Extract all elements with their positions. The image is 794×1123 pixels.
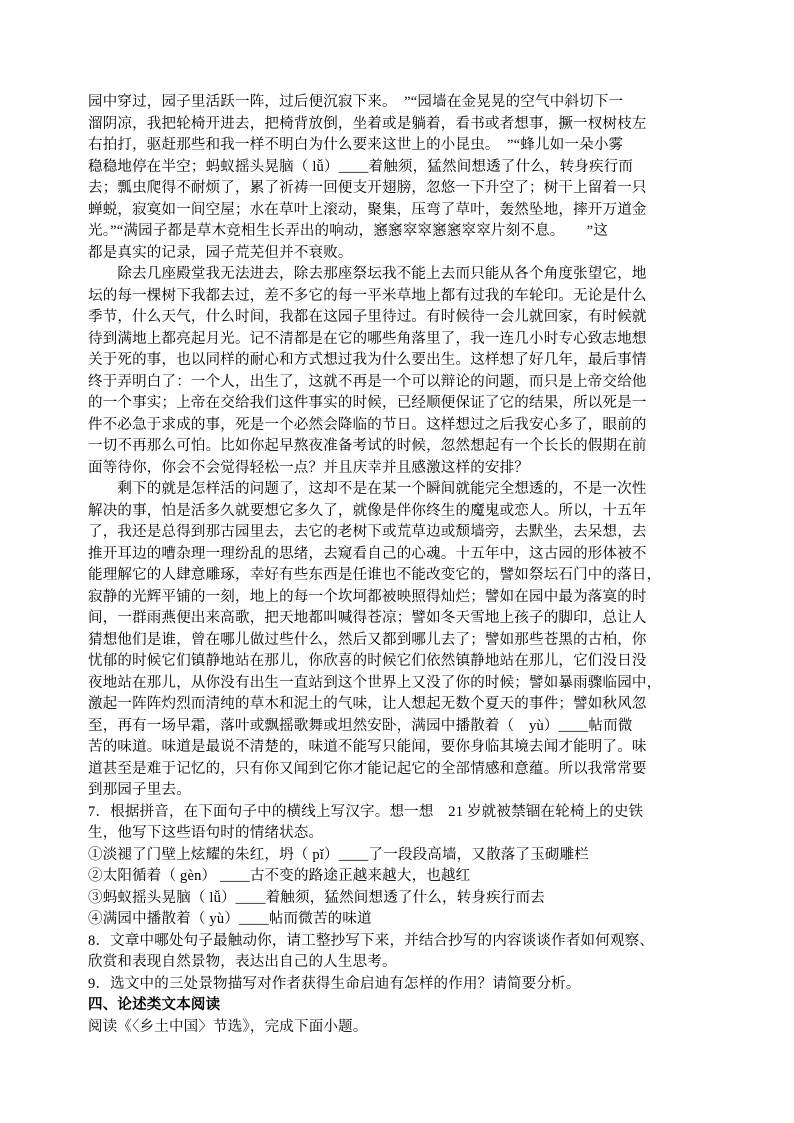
text-line: 间，一群雨燕便出来高歌，把天地都叫喊得苍凉；譬如冬天雪地上孩子的脚印，总让人 bbox=[88, 608, 728, 630]
section-intro: 阅读《〈乡土中国〉节选》，完成下面小题。 bbox=[88, 1017, 728, 1039]
text-line: 面等待你，你会不会觉得轻松一点？并且庆幸并且感激这样的安排？ bbox=[88, 458, 728, 480]
text-line: 7．根据拼音，在下面句子中的横线上写汉字。想一想 21 岁就被禁锢在轮椅上的史铁 bbox=[88, 802, 728, 824]
text-line: 待到满地上都亮起月光。记不清都是在它的哪些角落里了，我一连几小时专心致志地想 bbox=[88, 329, 728, 351]
question-7-items: ①淡褪了门壁上炫耀的朱红，坍（ pǐ）____了一段段高墙，又散落了玉砌雕栏②太… bbox=[88, 845, 728, 931]
text-line: 猜想他们是谁，曾在哪儿做过些什么，然后又都到哪儿去了；譬如那些苍黑的古柏，你 bbox=[88, 630, 728, 652]
text-line: 推开耳边的嘈杂理一理纷乱的思绪，去窥看自己的心魂。十五年中，这古园的形体被不 bbox=[88, 544, 728, 566]
text-line: 欣赏和表现自然景物，表达出自己的人生思考。 bbox=[88, 952, 728, 974]
text-line: 夜地站在那儿，从你没有出生一直站到这个世界上又没了你的时候；譬如暴雨骤临园中， bbox=[88, 673, 728, 695]
text-line: 件不必急于求成的事，死是一个必然会降临的节日。这样想过之后我安心多了，眼前的 bbox=[88, 415, 728, 437]
text-line: 生，他写下这些语句时的情绪状态。 bbox=[88, 823, 728, 845]
text-line: ④满园中播散着（ yù）____帖而微苦的味道 bbox=[88, 909, 728, 931]
text-line: 稳稳地停在半空；蚂蚁摇头晃脑（ lǚ）____着触须，猛然间想透了什么，转身疾行… bbox=[88, 157, 728, 179]
text-line: 溜阴凉，我把轮椅开进去，把椅背放倒，坐着或是躺着，看书或者想事，撅一杈树枝左 bbox=[88, 114, 728, 136]
text-line: 苦的味道。味道是最说不清楚的，味道不能写只能闻，要你身临其境去闻才能明了。味 bbox=[88, 737, 728, 759]
question-8: 8．文章中哪处句子最触动你，请工整抄写下来，并结合抄写的内容谈谈作者如何观察、欣… bbox=[88, 931, 728, 974]
text-line: 忧郁的时候它们镇静地站在那儿，你欣喜的时候它们依然镇静地站在那儿，它们没日没 bbox=[88, 651, 728, 673]
text-line: ①淡褪了门壁上炫耀的朱红，坍（ pǐ）____了一段段高墙，又散落了玉砌雕栏 bbox=[88, 845, 728, 867]
question-9: 9．选文中的三处景物描写对作者获得生命启迪有怎样的作用？请简要分析。 bbox=[88, 974, 728, 996]
text-line: 到那园子里去。 bbox=[88, 780, 728, 802]
text-line: 蝉蜕，寂寞如一间空屋；水在草叶上滚动，聚集，压弯了草叶，轰然坠地，摔开万道金 bbox=[88, 200, 728, 222]
text-line: 园中穿过，园子里活跃一阵，过后便沉寂下来。 ”“园墙在金晃晃的空气中斜切下一 bbox=[88, 92, 728, 114]
text-line: ③蚂蚁摇头晃脑（ lǚ）____着触须，猛然间想透了什么，转身疾行而去 bbox=[88, 888, 728, 910]
text-line: 去；瓢虫爬得不耐烦了，累了祈祷一回便支开翅膀，忽悠一下升空了；树干上留着一只 bbox=[88, 178, 728, 200]
reading-passage: 园中穿过，园子里活跃一阵，过后便沉寂下来。 ”“园墙在金晃晃的空气中斜切下一溜阴… bbox=[88, 92, 728, 802]
section-heading: 四、论述类文本阅读 bbox=[88, 995, 728, 1017]
text-line: 剩下的就是怎样活的问题了，这却不是在某一个瞬间就能完全想透的，不是一次性 bbox=[88, 479, 728, 501]
question-7: 7．根据拼音，在下面句子中的横线上写汉字。想一想 21 岁就被禁锢在轮椅上的史铁… bbox=[88, 802, 728, 845]
text-line: 了，我还是总得到那古园里去，去它的老树下或荒草边或颓墙旁，去默坐，去呆想，去 bbox=[88, 522, 728, 544]
text-line: 能理解它的人肆意雕琢，幸好有些东西是任谁也不能改变它的，譬如祭坛石门中的落日， bbox=[88, 565, 728, 587]
text-line: 都是真实的记录，园子荒芜但并不衰败。 bbox=[88, 243, 728, 265]
text-line: 的一个事实；上帝在交给我们这件事实的时候，已经顺便保证了它的结果，所以死是一 bbox=[88, 393, 728, 415]
text-line: 至，再有一场早霜，落叶或飘摇歌舞或坦然安卧，满园中播散着（ yù）____帖而微 bbox=[88, 716, 728, 738]
text-line: 激起一阵阵灼烈而清纯的草木和泥土的气味，让人想起无数个夏天的事件；譬如秋风忽 bbox=[88, 694, 728, 716]
text-line: 光。”“满园子都是草木竞相生长弄出的响动，窸窸窣窣窸窸窣窣片刻不息。 ”这 bbox=[88, 221, 728, 243]
text-line: 道甚至是难于记忆的，只有你又闻到它你才能记起它的全部情感和意蕴。所以我常常要 bbox=[88, 759, 728, 781]
text-line: 寂静的光辉平铺的一刻，地上的每一个坎坷都被映照得灿烂；譬如在园中最为落寞的时 bbox=[88, 587, 728, 609]
text-line: 坛的每一棵树下我都去过，差不多它的每一平米草地上都有过我的车轮印。无论是什么 bbox=[88, 286, 728, 308]
text-line: 终于弄明白了：一个人，出生了，这就不再是一个可以辩论的问题，而只是上帝交给他 bbox=[88, 372, 728, 394]
text-line: 解决的事，怕是活多久就要想它多久了，就像是伴你终生的魔鬼或恋人。所以，十五年 bbox=[88, 501, 728, 523]
text-line: 一切不再那么可怕。比如你起早熬夜准备考试的时候，忽然想起有一个长长的假期在前 bbox=[88, 436, 728, 458]
text-line: 除去几座殿堂我无法进去，除去那座祭坛我不能上去而只能从各个角度张望它，地 bbox=[88, 264, 728, 286]
document-content: 园中穿过，园子里活跃一阵，过后便沉寂下来。 ”“园墙在金晃晃的空气中斜切下一溜阴… bbox=[88, 92, 728, 1038]
text-line: 右拍打，驱赶那些和我一样不明白为什么要来这世上的小昆虫。 ”“蜂儿如一朵小雾 bbox=[88, 135, 728, 157]
document-page: 园中穿过，园子里活跃一阵，过后便沉寂下来。 ”“园墙在金晃晃的空气中斜切下一溜阴… bbox=[0, 0, 794, 1123]
text-line: 8．文章中哪处句子最触动你，请工整抄写下来，并结合抄写的内容谈谈作者如何观察、 bbox=[88, 931, 728, 953]
text-line: ②太阳循着（ gèn） ____古不变的路途正越来越大，也越红 bbox=[88, 866, 728, 888]
text-line: 季节，什么天气，什么时间，我都在这园子里待过。有时候待一会儿就回家，有时候就 bbox=[88, 307, 728, 329]
text-line: 关于死的事，也以同样的耐心和方式想过我为什么要出生。这样想了好几年，最后事情 bbox=[88, 350, 728, 372]
